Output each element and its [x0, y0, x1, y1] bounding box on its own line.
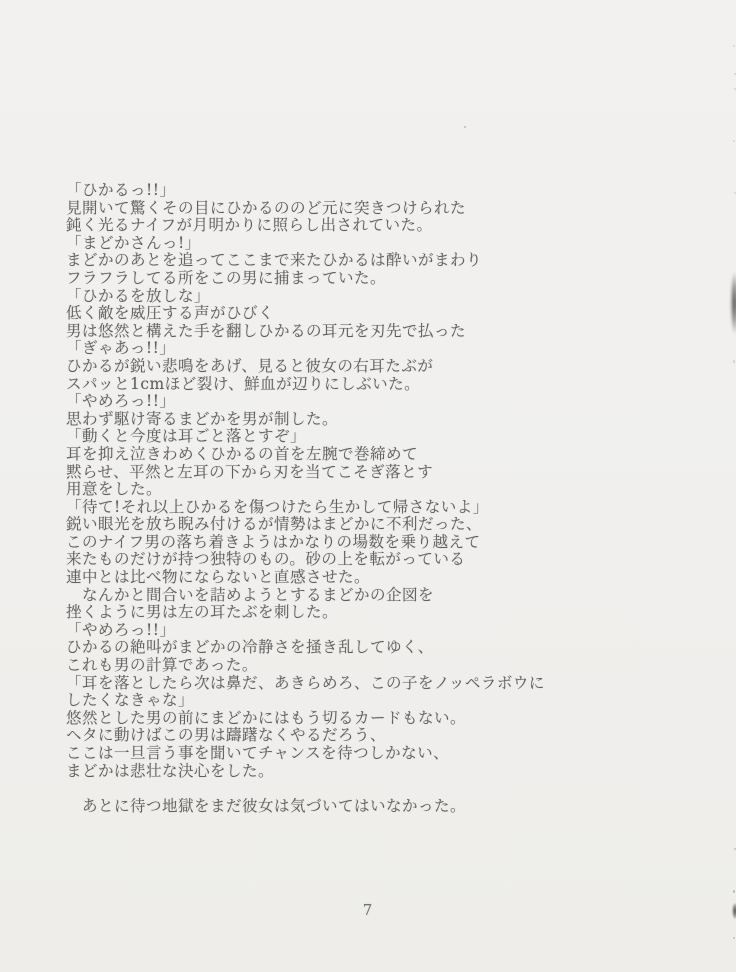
text-line: 連中とは比べ物にならないと直感させた。 [66, 569, 626, 587]
text-line: 用意をした。 [66, 481, 626, 499]
text-line: 思わず駆け寄るまどかを男が制した。 [66, 411, 626, 429]
scan-speck [733, 890, 735, 893]
text-line: 「まどかさんっ!」 [66, 235, 626, 253]
text-line: 「ひかるっ!!」 [66, 182, 626, 200]
text-line [66, 780, 626, 798]
scan-speck [733, 360, 735, 363]
text-line: 「待て!それ以上ひかるを傷つけたら生かして帰さないよ」 [66, 499, 626, 517]
scan-speck [733, 140, 735, 142]
text-line: ヘタに動けばこの男は躊躇なくやるだろう、 [66, 727, 626, 745]
scan-speck [733, 937, 735, 939]
text-line: 見開いて驚くその目にひかるののど元に突きつけられた [66, 200, 626, 218]
text-line: まどかのあとを追ってここまで来たひかるは酔いがまわり [66, 252, 626, 270]
text-line: 黙らせ、平然と左耳の下から刃を当てこそぎ落とす [66, 464, 626, 482]
text-line: あとに待つ地獄をまだ彼女は気づいてはいなかった。 [66, 798, 626, 816]
scanned-document-page: 「ひかるっ!!」見開いて驚くその目にひかるののど元に突きつけられた鈍く光るナイフ… [0, 0, 736, 972]
text-line: ここは一旦言う事を聞いてチャンスを待つしかない、 [66, 745, 626, 763]
text-line: 耳を抑え泣きわめくひかるの首を左腕で巻締めて [66, 446, 626, 464]
text-line: なんかと間合いを詰めようとするまどかの企図を [66, 587, 626, 605]
text-line: 悠然とした男の前にまどかにはもう切るカードもない。 [66, 710, 626, 728]
text-line: スパッと1cmほど裂け、鮮血が辺りにしぶいた。 [66, 376, 626, 394]
text-line: 挫くように男は左の耳たぶを刺した。 [66, 604, 626, 622]
text-line: ひかるの絶叫がまどかの冷静さを掻き乱してゆく、 [66, 639, 626, 657]
text-line: ひかるが鋭い悲鳴をあげ、見ると彼女の右耳たぶが [66, 358, 626, 376]
text-line: 「やめろっ!!」 [66, 393, 626, 411]
text-line: 「やめろっ!!」 [66, 622, 626, 640]
text-line: 男は悠然と構えた手を翻しひかるの耳元を刃先で払った [66, 323, 626, 341]
text-line: したくなきゃな」 [66, 692, 626, 710]
text-line: 低く敵を威圧する声がひびく [66, 305, 626, 323]
page-number: 7 [0, 901, 736, 919]
text-line: 鋭い眼光を放ち睨み付けるが情勢はまどかに不利だった、 [66, 516, 626, 534]
text-line: 「ぎゃあっ!!」 [66, 340, 626, 358]
text-line: まどかは悲壮な決心をした。 [66, 763, 626, 781]
scan-smudge [730, 272, 736, 334]
story-text-block: 「ひかるっ!!」見開いて驚くその目にひかるののど元に突きつけられた鈍く光るナイフ… [66, 182, 626, 815]
text-line: 「ひかるを放しな」 [66, 288, 626, 306]
text-line: このナイフ男の落ち着きようはかなりの場数を乗り越えて [66, 534, 626, 552]
text-line: フラフラしてる所をこの男に捕まっていた。 [66, 270, 626, 288]
text-line: これも男の計算であった。 [66, 657, 626, 675]
scan-speck [464, 126, 466, 128]
text-line: 来たものだけが持つ独特のもの。砂の上を転がっている [66, 551, 626, 569]
text-line: 「耳を落としたら次は鼻だ、あきらめろ、この子をノッペラボウに [66, 675, 626, 693]
text-line: 鈍く光るナイフが月明かりに照らし出されていた。 [66, 217, 626, 235]
text-line: 「動くと今度は耳ごと落とすぞ」 [66, 428, 626, 446]
scan-speck [733, 45, 735, 47]
